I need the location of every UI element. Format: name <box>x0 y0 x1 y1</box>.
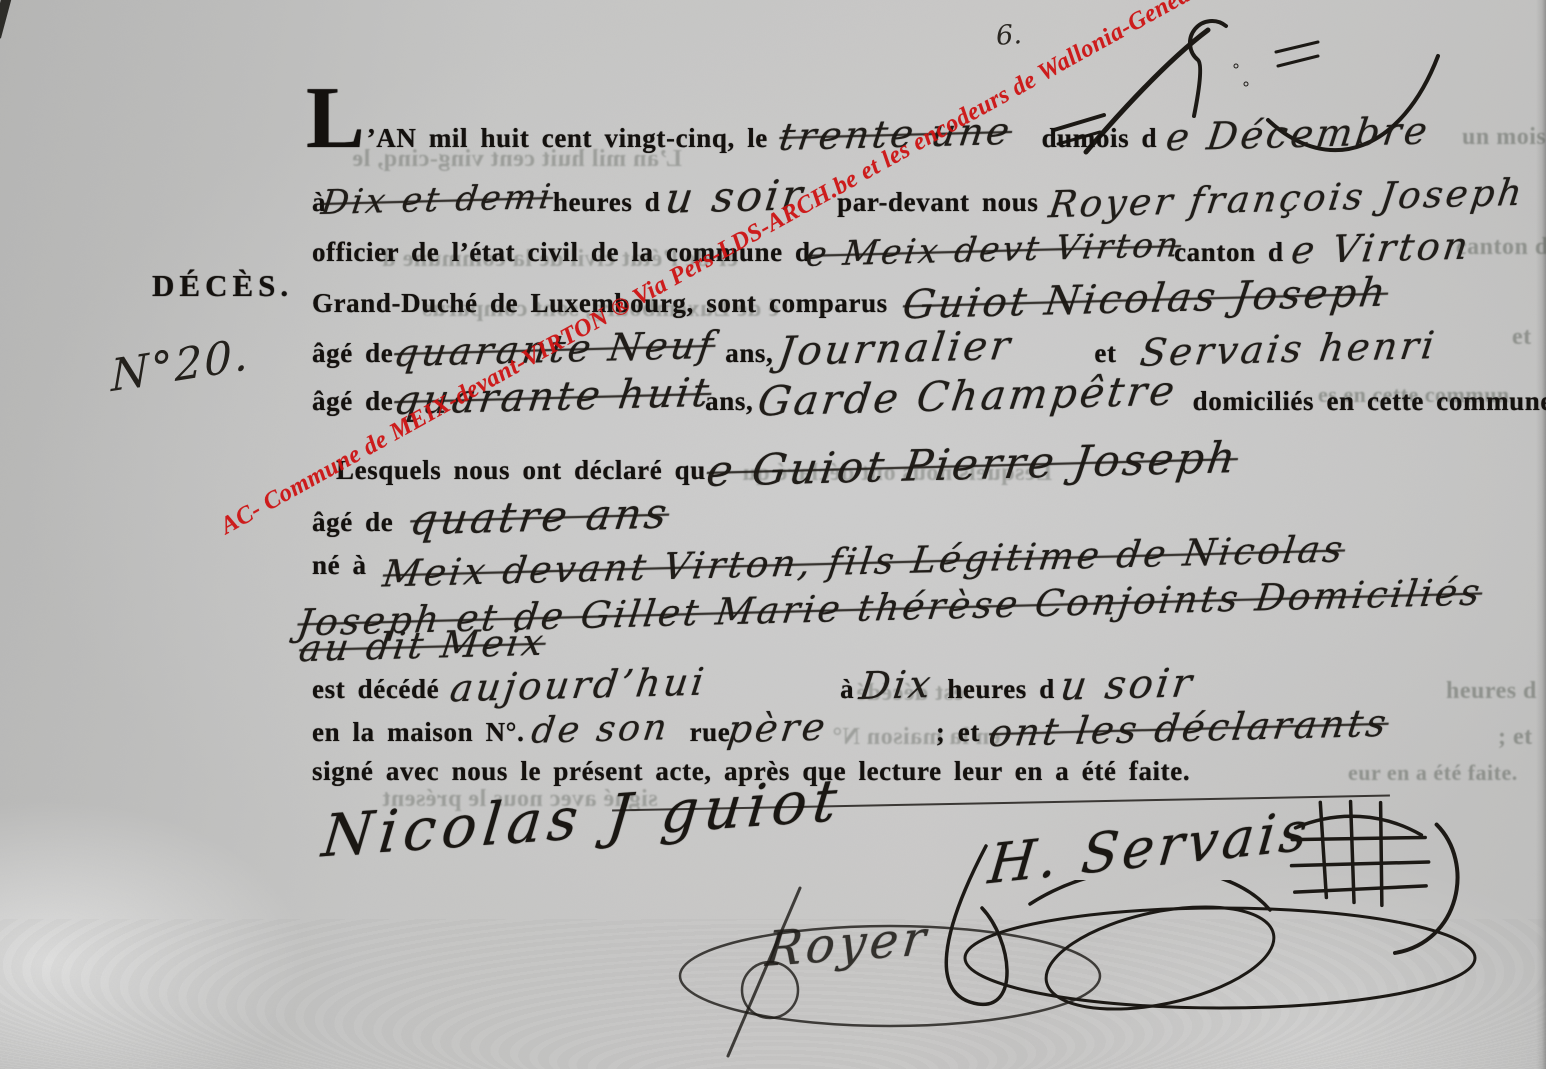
printed-text: canton d <box>1174 237 1284 267</box>
printed-text: heures d <box>553 187 661 217</box>
handwritten-text: de son <box>529 707 672 752</box>
handwritten-text: Dix et demi <box>319 177 556 223</box>
printed-text: né à <box>312 550 367 580</box>
signature-royer: Royer <box>763 910 932 978</box>
act-line-hour-officer: à Dix et demi heures d u soir par-devant… <box>312 172 1524 221</box>
act-line-witness1-age: âgé de quarante Neuf ans, Journalier et … <box>312 326 1436 372</box>
margin-section-label: DÉCÈS. <box>152 268 293 304</box>
printed-text: âgé de <box>312 386 393 416</box>
entry-number: 6. <box>995 19 1023 52</box>
handwritten-text: Guiot Nicolas Joseph <box>900 270 1391 329</box>
signature-servais: H. Servais <box>986 799 1315 897</box>
dropcap-initial: L <box>306 70 365 167</box>
handwritten-text: Servais henri <box>1137 323 1439 375</box>
act-line-filiation-residence: au dit Meix <box>300 624 545 667</box>
printed-text: en la maison N°. <box>312 717 524 747</box>
death-record-scan: un mois d canton d. et es en cette commu… <box>0 0 1546 1069</box>
act-line-death-time: est décédé aujourd’hui à Dix heures d u … <box>312 662 1194 708</box>
handwritten-text: e Guiot Pierre Joseph <box>704 433 1242 497</box>
handwritten-text: Garde Champêtre <box>755 367 1180 426</box>
act-line-deceased-age: âgé de quatre ans <box>312 492 669 541</box>
printed-text: ; et <box>936 717 980 747</box>
act-line-house-declarants: en la maison N°. de son rue père ; et on… <box>312 706 1388 750</box>
handwritten-text: e Meix devt Virton <box>803 225 1183 275</box>
printed-text: Lesquels nous ont déclaré qu <box>336 455 706 485</box>
printed-text: ans, <box>725 338 773 368</box>
bleedthrough-fragment: ; et <box>1498 724 1533 751</box>
bleedthrough-fragment: heures d <box>1446 678 1537 705</box>
printed-text: ’AN mil huit cent vingt-cinq, le <box>367 123 768 153</box>
bleedthrough-fragment: et <box>1512 324 1532 351</box>
handwritten-text: Dix <box>857 662 936 708</box>
printed-text: à <box>840 674 854 704</box>
printed-text: est décédé <box>312 674 439 704</box>
handwritten-text: Journalier <box>776 323 1016 375</box>
printed-text: âgé de <box>312 507 393 537</box>
act-line-declaration: Lesquels nous ont déclaré qu e Guiot Pie… <box>336 440 1237 490</box>
handwritten-text: e Décembre <box>1164 109 1433 160</box>
corner-ink-mark <box>0 0 13 39</box>
printed-text: rue <box>690 717 731 747</box>
handwritten-text: e Virton <box>1288 224 1473 273</box>
act-line-duchy-witness1: Grand-Duché de Luxembourg, sont comparus… <box>312 276 1387 322</box>
handwritten-text: Royer françois Joseph <box>1047 171 1528 226</box>
printed-text: et <box>1094 338 1116 368</box>
act-line-birthplace-filiation: né à Meix devant Virton, fils Légitime d… <box>312 540 1343 583</box>
handwritten-text: aujourd’hui <box>448 660 710 711</box>
handwritten-text: quatre ans <box>408 489 673 545</box>
bleedthrough-fragment: un mois d <box>1462 124 1546 151</box>
handwritten-text: père <box>725 705 831 752</box>
bleedthrough-fragment: eur en a été faite. <box>1348 760 1518 786</box>
act-line-commune-canton: officier de l’état civil de la commune d… <box>312 226 1470 270</box>
act-line-year-date: L’AN mil huit cent vingt-cinq, le trente… <box>306 86 1429 156</box>
act-number: N°20. <box>110 329 250 402</box>
handwritten-text: u soir <box>1058 660 1198 709</box>
printed-text: par-devant nous <box>837 187 1038 217</box>
printed-text: heures d <box>947 674 1055 704</box>
printed-text: âgé de <box>312 338 393 368</box>
printed-text: dumois d <box>1042 123 1158 153</box>
printed-text: domiciliés en cette commune. <box>1193 386 1546 416</box>
printed-text: ans, <box>705 386 753 416</box>
handwritten-text: ont les déclarants <box>986 701 1391 755</box>
